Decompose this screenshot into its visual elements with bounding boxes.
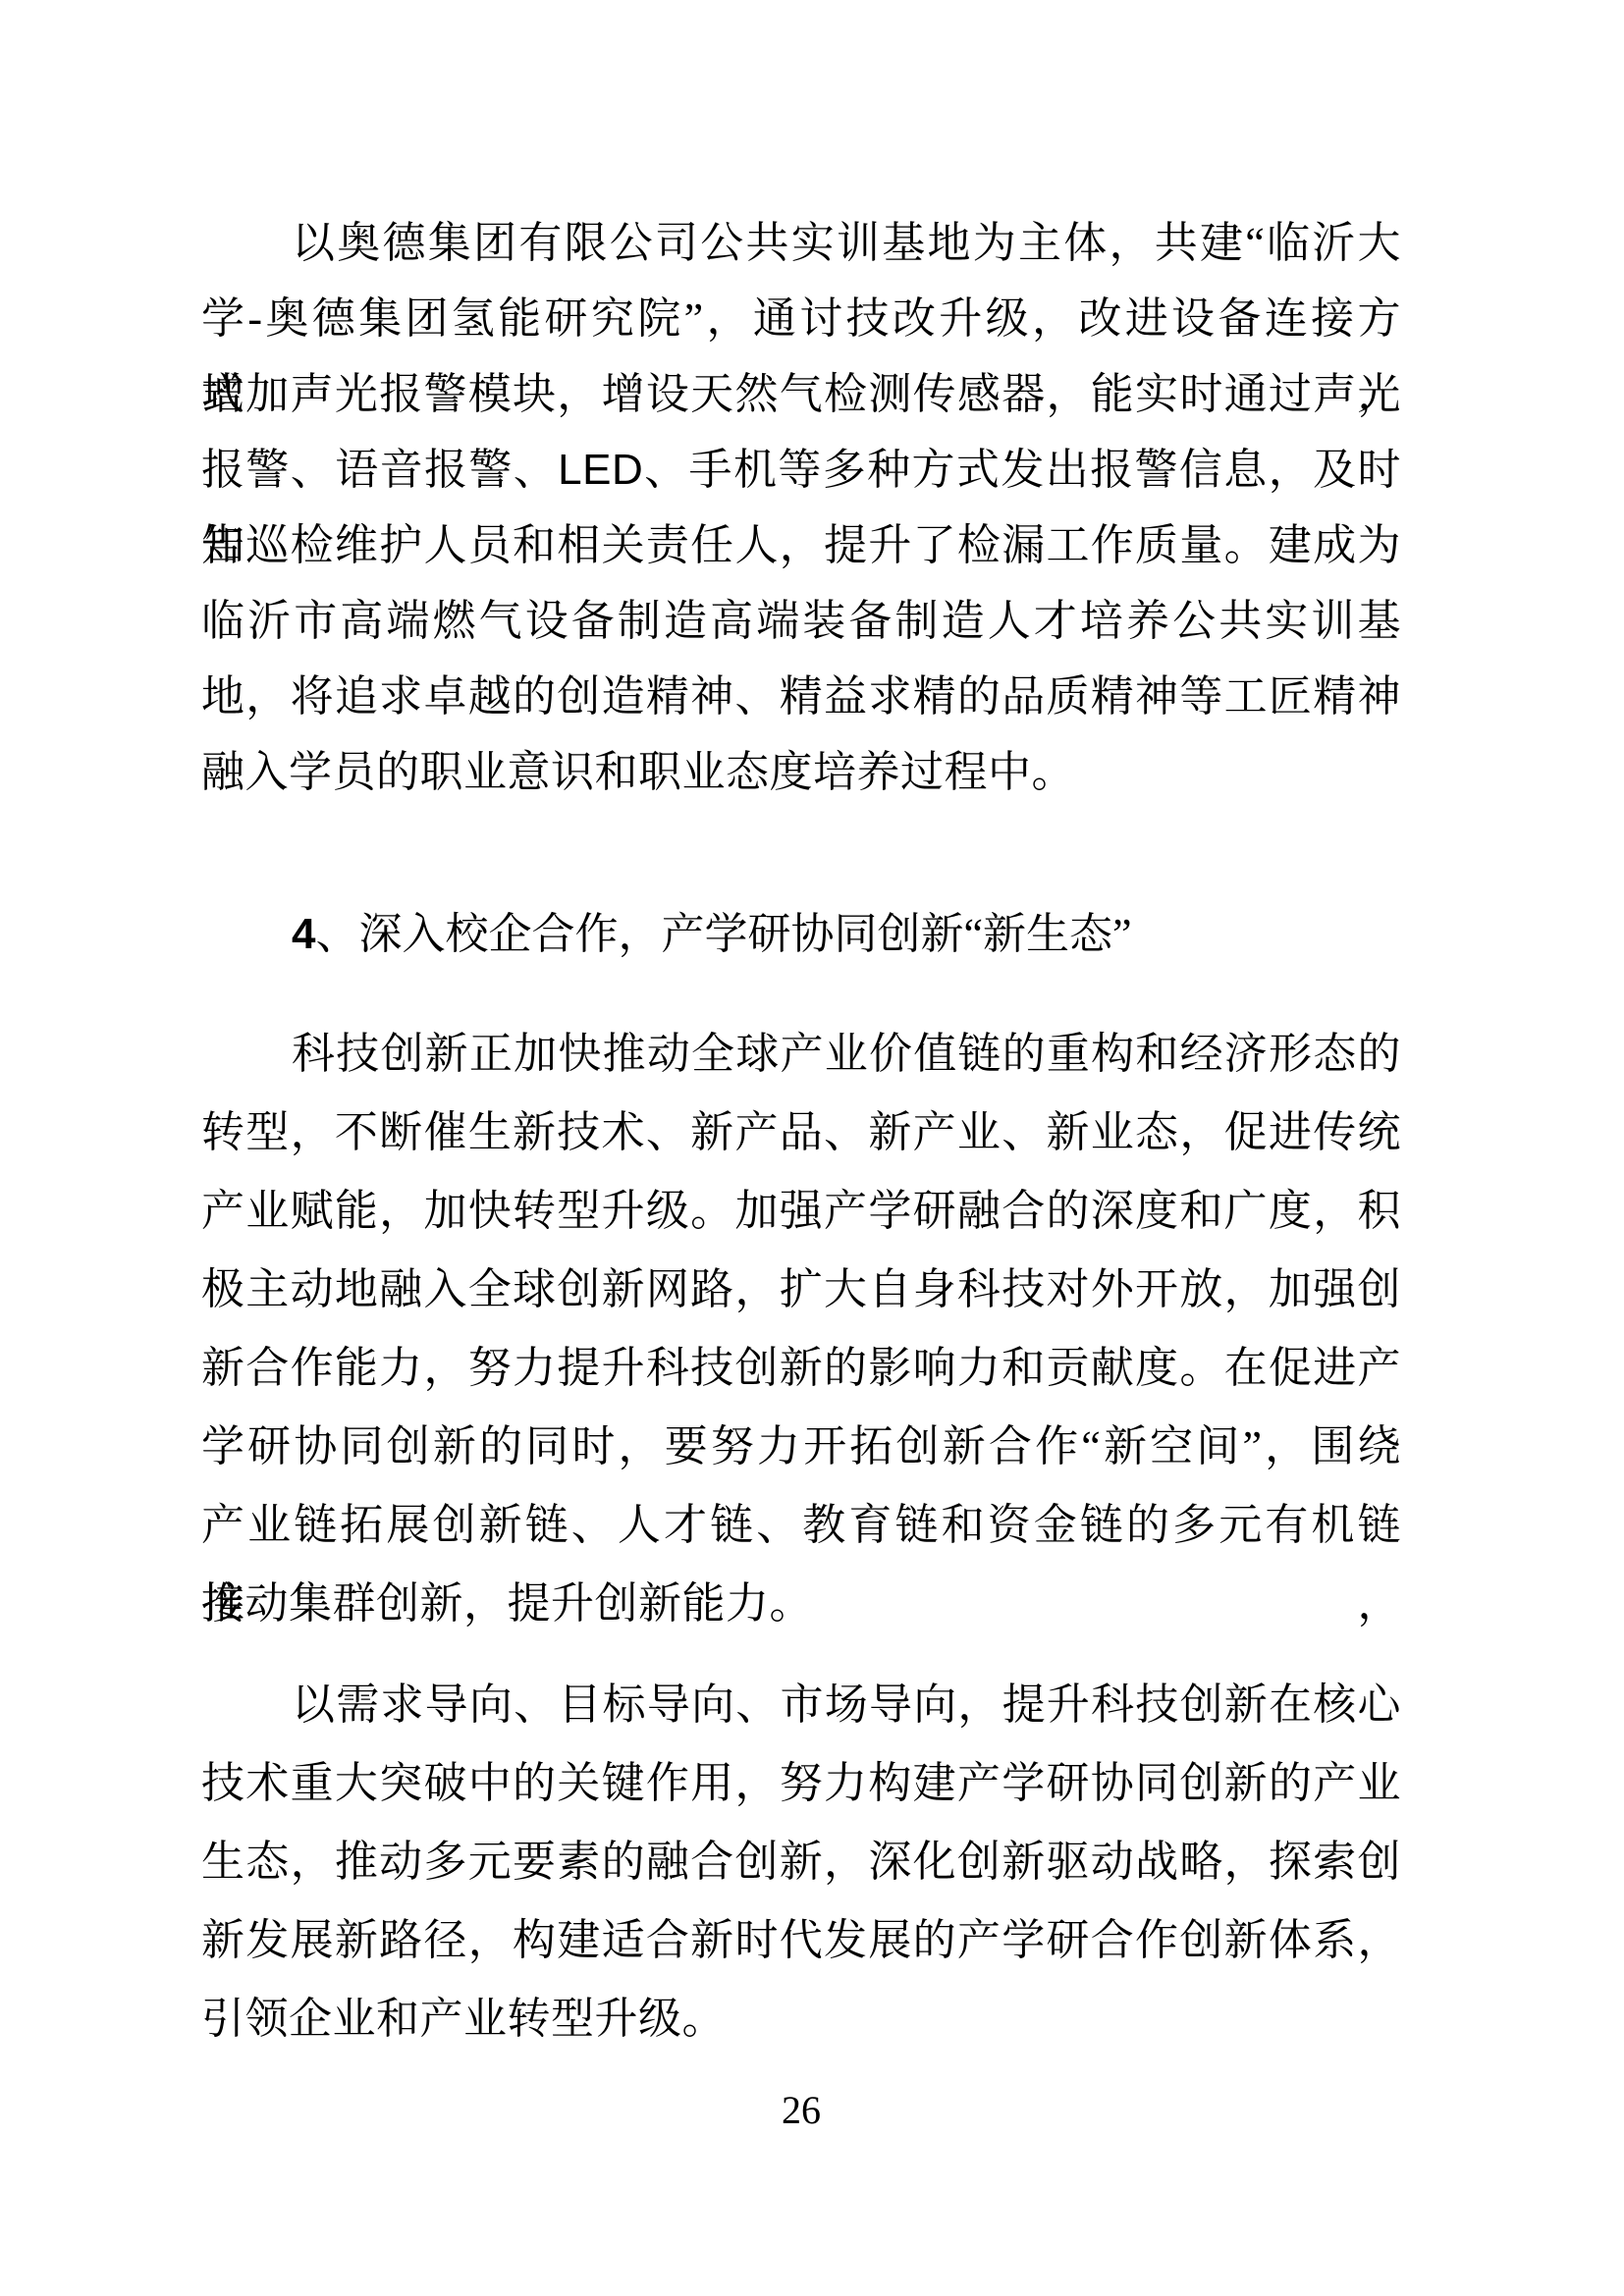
text-line: 极主动地融入全球创新网路，扩大自身科技对外开放，加强创 [201, 1251, 1401, 1329]
text-line: 产业链拓展创新链、人才链、教育链和资金链的多元有机链接， [201, 1486, 1401, 1565]
paragraph: 以需求导向、目标导向、市场导向，提升科技创新在核心技术重大突破中的关键作用，努力… [201, 1666, 1401, 2058]
text-line: 新合作能力，努力提升科技创新的影响力和贡献度。在促进产 [201, 1329, 1401, 1408]
text-line: 学-奥德集团氢能研究院”，通讨技改升级，改进设备连接方式， [201, 281, 1401, 356]
paragraph: 以奥德集团有限公司公共实训基地为主体，共建“临沂大学-奥德集团氢能研究院”，通讨… [201, 205, 1401, 810]
text-line: 转型，不断催生新技术、新产品、新产业、新业态，促进传统 [201, 1094, 1401, 1172]
text-line: 科技创新正加快推动全球产业价值链的重构和经济形态的 [201, 1015, 1401, 1094]
text-line: 以奥德集团有限公司公共实训基地为主体，共建“临沂大 [201, 205, 1401, 281]
text-segment-heading-number: 4 [292, 910, 315, 958]
document-page-content: 以奥德集团有限公司公共实训基地为主体，共建“临沂大学-奥德集团氢能研究院”，通讨… [201, 205, 1401, 2058]
text-line: 以需求导向、目标导向、市场导向，提升科技创新在核心 [201, 1666, 1401, 1744]
text-segment: 、深入校企合作，产学研协同创新“新生态” [315, 910, 1131, 958]
page-number: 26 [201, 2089, 1401, 2132]
text-line: 报警、语音报警、LED、手机等多种方式发出报警信息，及时告 [201, 432, 1401, 507]
text-segment-latin: LED [558, 446, 643, 494]
text-line: 临沂市高端燃气设备制造高端装备制造人才培养公共实训基 [201, 583, 1401, 659]
text-line: 引领企业和产业转型升级。 [201, 1980, 1401, 2058]
section-heading: 4、深入校企合作，产学研协同创新“新生态” [201, 896, 1401, 972]
text-line: 知巡检维护人员和相关责任人，提升了检漏工作质量。建成为 [201, 507, 1401, 583]
text-line: 地，将追求卓越的创造精神、精益求精的品质精神等工匠精神 [201, 659, 1401, 734]
text-line: 增加声光报警模块，增设天然气检测传感器，能实时通过声光 [201, 356, 1401, 432]
text-line: 新发展新路径，构建适合新时代发展的产学研合作创新体系， [201, 1901, 1401, 1980]
text-segment: 报警、语音报警、 [201, 446, 558, 494]
text-line: 学研协同创新的同时，要努力开拓创新合作“新空间”，围绕 [201, 1408, 1401, 1486]
text-line: 产业赋能，加快转型升级。加强产学研融合的深度和广度，积 [201, 1172, 1401, 1251]
paragraph: 科技创新正加快推动全球产业价值链的重构和经济形态的转型，不断催生新技术、新产品、… [201, 1015, 1401, 1643]
text-line: 生态，推动多元要素的融合创新，深化创新驱动战略，探索创 [201, 1823, 1401, 1901]
text-line: 融入学员的职业意识和职业态度培养过程中。 [201, 734, 1401, 810]
text-line: 技术重大突破中的关键作用，努力构建产学研协同创新的产业 [201, 1744, 1401, 1823]
